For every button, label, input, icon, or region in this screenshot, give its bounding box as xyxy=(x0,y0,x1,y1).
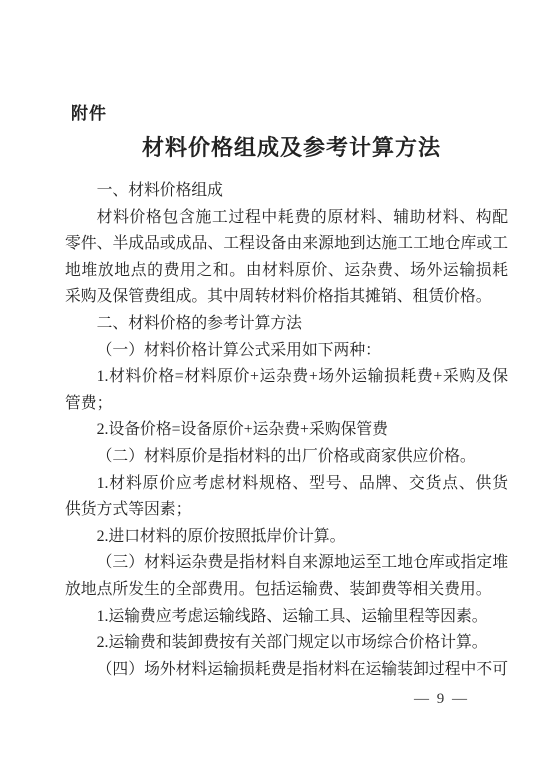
text-line: （一）材料价格计算公式采用如下两种： xyxy=(65,338,508,365)
text-line: 地堆放地点的费用之和。由材料原价、运杂费、场外运输损耗费、 xyxy=(65,258,508,285)
text-line: 2.运输费和装卸费按有关部门规定以市场综合价格计算。 xyxy=(65,630,508,657)
text-line: 管费； xyxy=(65,391,508,418)
text-line: 2.进口材料的原价按照抵岸价计算。 xyxy=(65,524,508,551)
text-line: 1.运输费应考虑运输线路、运输工具、运输里程等因素。 xyxy=(65,604,508,631)
text-line: 一、材料价格组成 xyxy=(65,178,508,205)
text-line: （三）材料运杂费是指材料自来源地运至工地仓库或指定堆 xyxy=(65,550,508,577)
text-line: 供货方式等因素； xyxy=(65,497,508,524)
text-line: 二、材料价格的参考计算方法 xyxy=(65,311,508,338)
text-line: （二）材料原价是指材料的出厂价格或商家供应价格。 xyxy=(65,444,508,471)
text-line: 采购及保管费组成。其中周转材料价格指其摊销、租赁价格。 xyxy=(65,284,508,311)
page-number: — 9 — xyxy=(414,691,469,708)
text-line: 零件、半成品或成品、工程设备由来源地到达施工工地仓库或工 xyxy=(65,231,508,258)
text-line: （四）场外材料运输损耗费是指材料在运输装卸过程中不可 xyxy=(65,657,508,684)
document-body: 一、材料价格组成材料价格包含施工过程中耗费的原材料、辅助材料、构配件、零件、半成… xyxy=(65,178,508,683)
text-line: 放地点所发生的全部费用。包括运输费、装卸费等相关费用。 xyxy=(65,577,508,604)
text-line: 1.材料价格=材料原价+运杂费+场外运输损耗费+采购及保 xyxy=(65,364,508,391)
text-line: 材料价格包含施工过程中耗费的原材料、辅助材料、构配件、 xyxy=(65,205,508,232)
text-line: 1.材料原价应考虑材料规格、型号、品牌、交货点、供货量、 xyxy=(65,471,508,498)
attachment-label: 附件 xyxy=(71,99,107,124)
document-page: 附件 材料价格组成及参考计算方法 一、材料价格组成材料价格包含施工过程中耗费的原… xyxy=(0,0,553,783)
text-line: 2.设备价格=设备原价+运杂费+采购保管费 xyxy=(65,417,508,444)
document-title: 材料价格组成及参考计算方法 xyxy=(0,132,553,164)
